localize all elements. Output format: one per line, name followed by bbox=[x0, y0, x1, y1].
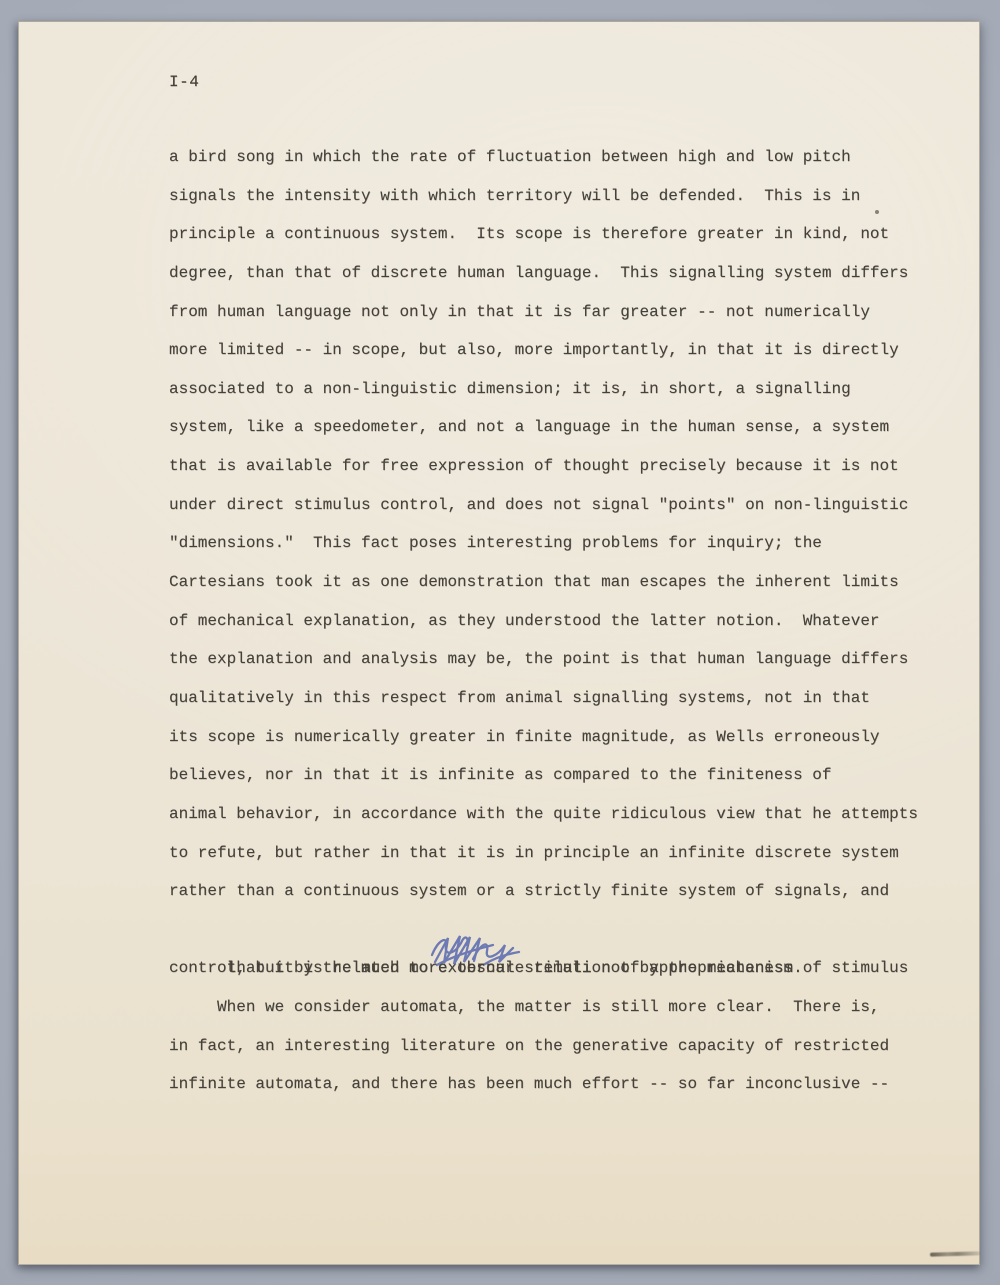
text-line: system, like a speedometer, and not a la… bbox=[169, 408, 959, 447]
text-line: to refute, but rather in that it is in p… bbox=[169, 834, 959, 873]
stray-ink-dot-mark bbox=[875, 210, 879, 214]
text-segment: external bbox=[438, 959, 515, 977]
text-line: in fact, an interesting literature on th… bbox=[169, 1027, 959, 1066]
text-line: rather than a continuous system or a str… bbox=[169, 872, 959, 911]
typewritten-page: I-4 a bird song in which the rate of flu… bbox=[18, 21, 980, 1265]
text-line: degree, than that of discrete human lang… bbox=[169, 254, 959, 293]
text-line: qualitatively in this respect from anima… bbox=[169, 679, 959, 718]
smudge-mark bbox=[930, 1251, 980, 1256]
text-line: its scope is numerically greater in fini… bbox=[169, 718, 959, 757]
text-line: that is available for free expression of… bbox=[169, 447, 959, 486]
text-line: When we consider automata, the matter is… bbox=[169, 988, 959, 1027]
text-line: signals the intensity with which territo… bbox=[169, 177, 959, 216]
typewritten-text: a bird song in which the rate of fluctua… bbox=[169, 138, 959, 1104]
text-line: of mechanical explanation, as they under… bbox=[169, 602, 959, 641]
text-line: that it is related to external stimuli n… bbox=[169, 911, 959, 950]
text-line: "dimensions." This fact poses interestin… bbox=[169, 524, 959, 563]
text-line: under direct stimulus control, and does … bbox=[169, 486, 959, 525]
struck-word: external bbox=[438, 949, 515, 988]
text-line: believes, nor in that it is infinite as … bbox=[169, 756, 959, 795]
text-line: from human language not only in that it … bbox=[169, 293, 959, 332]
text-line: infinite automata, and there has been mu… bbox=[169, 1065, 959, 1104]
text-line: the explanation and analysis may be, the… bbox=[169, 640, 959, 679]
text-line: a bird song in which the rate of fluctua… bbox=[169, 138, 959, 177]
page-number-label: I-4 bbox=[169, 72, 199, 92]
text-line: more limited -- in scope, but also, more… bbox=[169, 331, 959, 370]
text-line: associated to a non-linguistic dimension… bbox=[169, 370, 959, 409]
text-line: Cartesians took it as one demonstration … bbox=[169, 563, 959, 602]
text-line: animal behavior, in accordance with the … bbox=[169, 795, 959, 834]
text-line: principle a continuous system. Its scope… bbox=[169, 215, 959, 254]
